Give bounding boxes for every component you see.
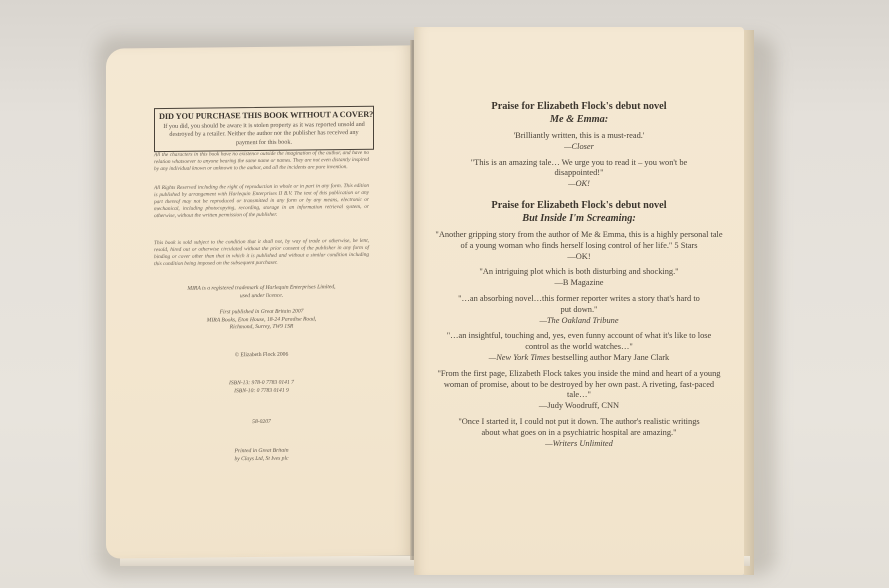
page-stack-edge [744, 30, 754, 575]
quote: "…an insightful, touching and, yes, even… [434, 331, 724, 363]
quote: "This is an amazing tale… We urge you to… [434, 158, 724, 190]
rights-reserved: All Rights Reserved including the right … [154, 183, 369, 220]
book-title: Me & Emma: [434, 114, 724, 127]
coverless-notice-box: DID YOU PURCHASE THIS BOOK WITHOUT A COV… [154, 106, 374, 152]
right-page-praise: Praise for Elizabeth Flock's debut novel… [414, 27, 744, 575]
isbn-block: ISBN-13: 978-0 7783 0141 7 ISBN-10: 0 77… [154, 379, 369, 396]
praise-heading: Praise for Elizabeth Flock's debut novel [491, 200, 666, 211]
quote: "Another gripping story from the author … [434, 230, 724, 262]
left-page-copyright: DID YOU PURCHASE THIS BOOK WITHOUT A COV… [106, 45, 411, 558]
copyright-line: © Elizabeth Flock 2006 [154, 351, 369, 361]
quote: "From the first page, Elizabeth Flock ta… [434, 369, 724, 412]
praise-section-but-inside: Praise for Elizabeth Flock's debut novel… [434, 200, 724, 449]
trademark-note: MIRA is a registered trademark of Harleq… [154, 284, 369, 301]
praise-section-me-and-emma: Praise for Elizabeth Flock's debut novel… [434, 101, 724, 190]
notice-title: DID YOU PURCHASE THIS BOOK WITHOUT A COV… [159, 110, 369, 121]
fiction-disclaimer: All the characters in this book have no … [154, 150, 369, 173]
quote: "…an absorbing novel…this former reporte… [434, 294, 724, 326]
quote: "Once I started it, I could not put it d… [434, 417, 724, 449]
publication-info: First published in Great Britain 2007 MI… [154, 308, 369, 333]
sale-condition: This book is sold subject to the conditi… [154, 238, 369, 268]
book-title: But Inside I'm Screaming: [434, 213, 724, 226]
print-code: 58-0207 [154, 418, 369, 428]
notice-body: If you did, you should be aware it is st… [159, 121, 369, 148]
praise-heading: Praise for Elizabeth Flock's debut novel [491, 101, 666, 112]
quote: 'Brilliantly written, this is a must-rea… [434, 131, 724, 153]
printer-info: Printed in Great Britain by Clays Ltd, S… [154, 447, 369, 464]
quote: "An intriguing plot which is both distur… [434, 267, 724, 289]
